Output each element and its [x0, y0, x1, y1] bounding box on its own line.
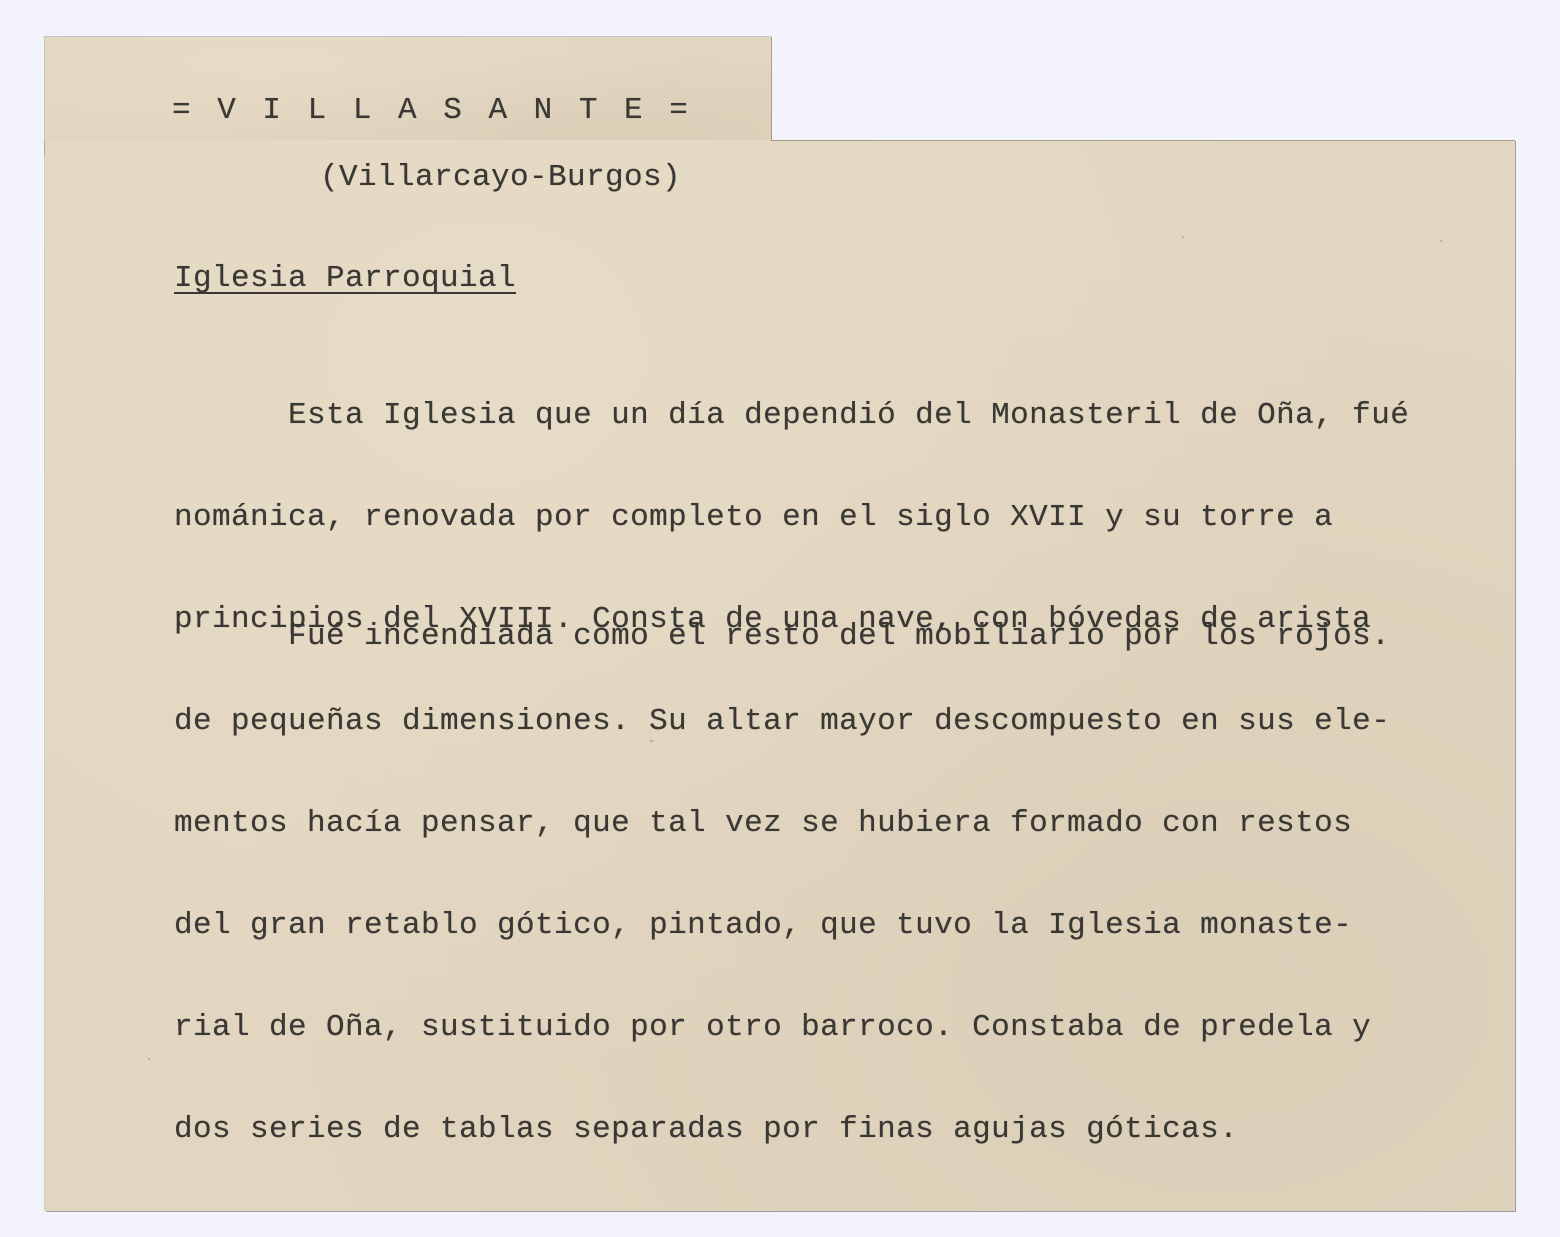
paragraph-line: Esta Iglesia que un día dependió del Mon… — [174, 399, 1409, 433]
body-paragraph: Esta Iglesia que un día dependió del Mon… — [174, 331, 1409, 1181]
paragraph-line: rial de Oña, sustituido por otro barroco… — [174, 1011, 1409, 1045]
card-edge — [771, 37, 772, 141]
closing-paragraph: Fué incendiada como el resto del mobilia… — [174, 620, 1390, 654]
paragraph-line: dos series de tablas separadas por finas… — [174, 1113, 1409, 1147]
paragraph-line: de pequeñas dimensiones. Su altar mayor … — [174, 705, 1409, 739]
section-heading: Iglesia Parroquial — [174, 262, 516, 296]
document-title: = V I L L A S A N T E = — [172, 94, 692, 128]
paper-speck — [1182, 236, 1184, 238]
document-subtitle: (Villarcayo-Burgos) — [320, 161, 681, 195]
paragraph-line: nománica, renovada por completo en el si… — [174, 501, 1409, 535]
card-edge — [772, 140, 1515, 141]
paper-speck — [148, 1058, 150, 1060]
paper-speck — [1440, 240, 1442, 242]
paragraph-line: mentos hacía pensar, que tal vez se hubi… — [174, 807, 1409, 841]
paragraph-line: del gran retablo gótico, pintado, que tu… — [174, 909, 1409, 943]
